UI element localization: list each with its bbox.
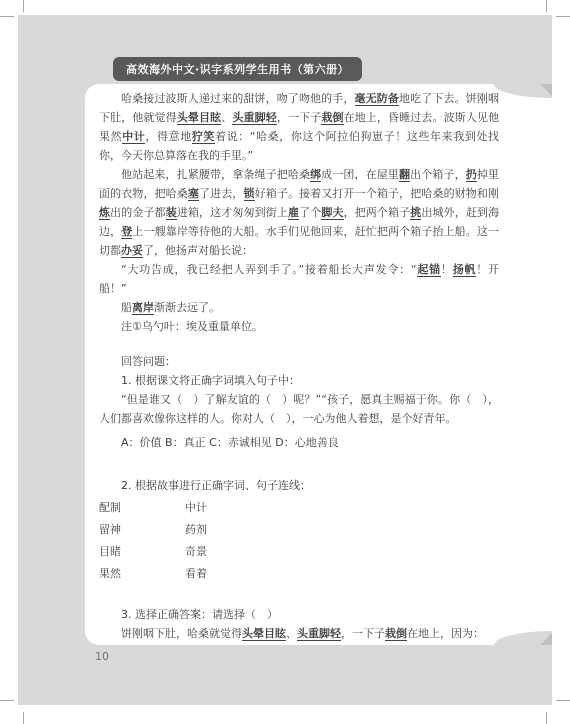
match-left-term: 果然 (99, 563, 185, 585)
keyword-term: 狞笑 (192, 130, 215, 144)
crop-mark (556, 700, 570, 701)
text-run: 饼刚咽下肚，哈桑就觉得 (121, 627, 242, 640)
text-run: 、 (286, 627, 297, 640)
text-run: ，一下子 (341, 627, 385, 640)
match-pair-row: 配制 中计 (99, 497, 499, 519)
keyword-term: 扬帆 (453, 263, 477, 277)
keyword-term: 装 (166, 206, 177, 220)
story-paragraph-2: 他站起来，扎紧腰带，拿条绳子把哈桑绑成一团，在屋里翻出个箱子，扔掉里面的衣物，把… (99, 165, 499, 260)
keyword-term: 头晕目眩 (177, 111, 221, 125)
match-pair-row: 留神 药剂 (99, 519, 499, 541)
match-right-term: 奇景 (185, 541, 207, 563)
text-run: ，一下子 (277, 111, 321, 124)
keyword-term: 栽倒 (321, 111, 343, 125)
story-paragraph-4: 船离岸渐渐去远了。 (99, 298, 499, 317)
story-paragraph-3: “大功告成，我已经把人弄到手了。”接着船长大声发令：“起锚！扬帆！开船！” (99, 260, 499, 298)
keyword-term: 脚夫 (321, 206, 343, 220)
keyword-term: 塞 (188, 187, 199, 201)
match-right-term: 药剂 (185, 519, 207, 541)
text-run: 出的金子都 (110, 206, 166, 219)
keyword-term: 头晕目眩 (242, 627, 286, 641)
text-run: ，把两个箱子 (344, 206, 411, 219)
question-3-body: 饼刚咽下肚，哈桑就觉得头晕目眩、头重脚轻，一下子栽倒在地上，因为： (99, 624, 499, 643)
text-run: “大功告成，我已经把人弄到手了。”接着船长大声发令：“ (121, 263, 417, 276)
match-right-term: 中计 (185, 497, 207, 519)
keyword-term: 毫无防备 (355, 92, 400, 106)
series-title-badge: 高效海外中文·识字系列学生用书（第六册） (113, 57, 362, 81)
series-title-text: 高效海外中文·识字系列学生用书（第六册） (126, 61, 349, 77)
question-1-options: A：价值 B：真正 C：赤诚相见 D：心地善良 (99, 433, 499, 452)
crop-mark (546, 712, 547, 724)
text-run: 船 (121, 301, 132, 314)
page-number: 10 (95, 650, 109, 663)
text-run: 在地上，因为： (407, 627, 484, 640)
keyword-term: 翻 (399, 168, 410, 182)
question-2-match-list: 配制 中计 留神 药剂 目睹 奇景 果然 看着 (99, 497, 499, 585)
text-run: 了个 (299, 206, 321, 219)
crop-mark (23, 712, 24, 724)
keyword-term: 中计 (122, 130, 145, 144)
keyword-term: 办妥 (121, 244, 143, 258)
match-left-term: 目睹 (99, 541, 185, 563)
keyword-term: 炼 (99, 206, 110, 220)
text-run: ！ (441, 263, 453, 276)
text-run: ，得意地 (145, 130, 191, 143)
text-run: 渐渐去远了。 (154, 301, 220, 314)
question-2-title: 2. 根据故事进行正确字词、句子连线： (99, 476, 499, 495)
story-footnote: 注①乌勺叶：埃及重量单位。 (99, 317, 499, 336)
text-run: 注①乌勺叶：埃及重量单位。 (121, 320, 263, 333)
match-right-term: 看着 (185, 563, 207, 585)
questions-heading: 回答问题： (99, 352, 499, 371)
keyword-term: 栽倒 (385, 627, 407, 641)
keyword-term: 头重脚轻 (297, 627, 341, 641)
text-run: 好箱子。接着又打开一个箱子，把哈桑的财物和刚 (255, 187, 499, 200)
keyword-term: 扔 (466, 168, 477, 182)
story-paragraph-1: 哈桑接过波斯人递过来的甜饼，吻了吻他的手，毫无防备地吃了下去。饼刚咽下肚，他就觉… (99, 89, 499, 165)
keyword-term: 起锚 (417, 263, 441, 277)
text-run: 出个箱子， (410, 168, 466, 181)
match-left-term: 留神 (99, 519, 185, 541)
lesson-text-column: 哈桑接过波斯人递过来的甜饼，吻了吻他的手，毫无防备地吃了下去。饼刚咽下肚，他就觉… (99, 89, 499, 643)
match-left-term: 配制 (99, 497, 185, 519)
crop-mark (0, 700, 14, 701)
keyword-term: 雇 (288, 206, 299, 220)
text-run: 哈桑接过波斯人递过来的甜饼，吻了吻他的手， (121, 92, 355, 105)
match-pair-row: 果然 看着 (99, 563, 499, 585)
keyword-term: 绑 (310, 168, 321, 182)
keyword-term: 锁 (244, 187, 255, 201)
crop-mark (23, 0, 24, 12)
book-page: 高效海外中文·识字系列学生用书（第六册） 哈桑接过波斯人递过来的甜饼，吻了吻他的… (0, 0, 570, 724)
keyword-term: 离岸 (132, 301, 154, 315)
question-1-title: 1. 根据课文将正确字词填入句子中： (99, 371, 499, 390)
question-3-title: 3. 选择正确答案：请选择（ ） (99, 605, 499, 624)
crop-mark (556, 16, 570, 17)
question-1-body: “但是谁又（ ）了解友谊的（ ）呢？”“孩子，愿真主赐福于你。你（ ），人们都喜… (99, 390, 499, 428)
crop-mark (0, 16, 14, 17)
keyword-term: 头重脚轻 (232, 111, 276, 125)
keyword-term: 挑 (410, 206, 421, 220)
keyword-term: 登 (121, 225, 132, 239)
text-run: 成一团，在屋里 (321, 168, 399, 181)
text-run: 了，他扬声对船长说： (143, 244, 253, 257)
text-run: 、 (221, 111, 232, 124)
text-run: 进箱，这才匆匆到街上 (177, 206, 288, 219)
match-pair-row: 目睹 奇景 (99, 541, 499, 563)
text-run: 他站起来，扎紧腰带，拿条绳子把哈桑 (121, 168, 310, 181)
crop-mark (546, 0, 547, 12)
text-run: 了进去， (199, 187, 243, 200)
